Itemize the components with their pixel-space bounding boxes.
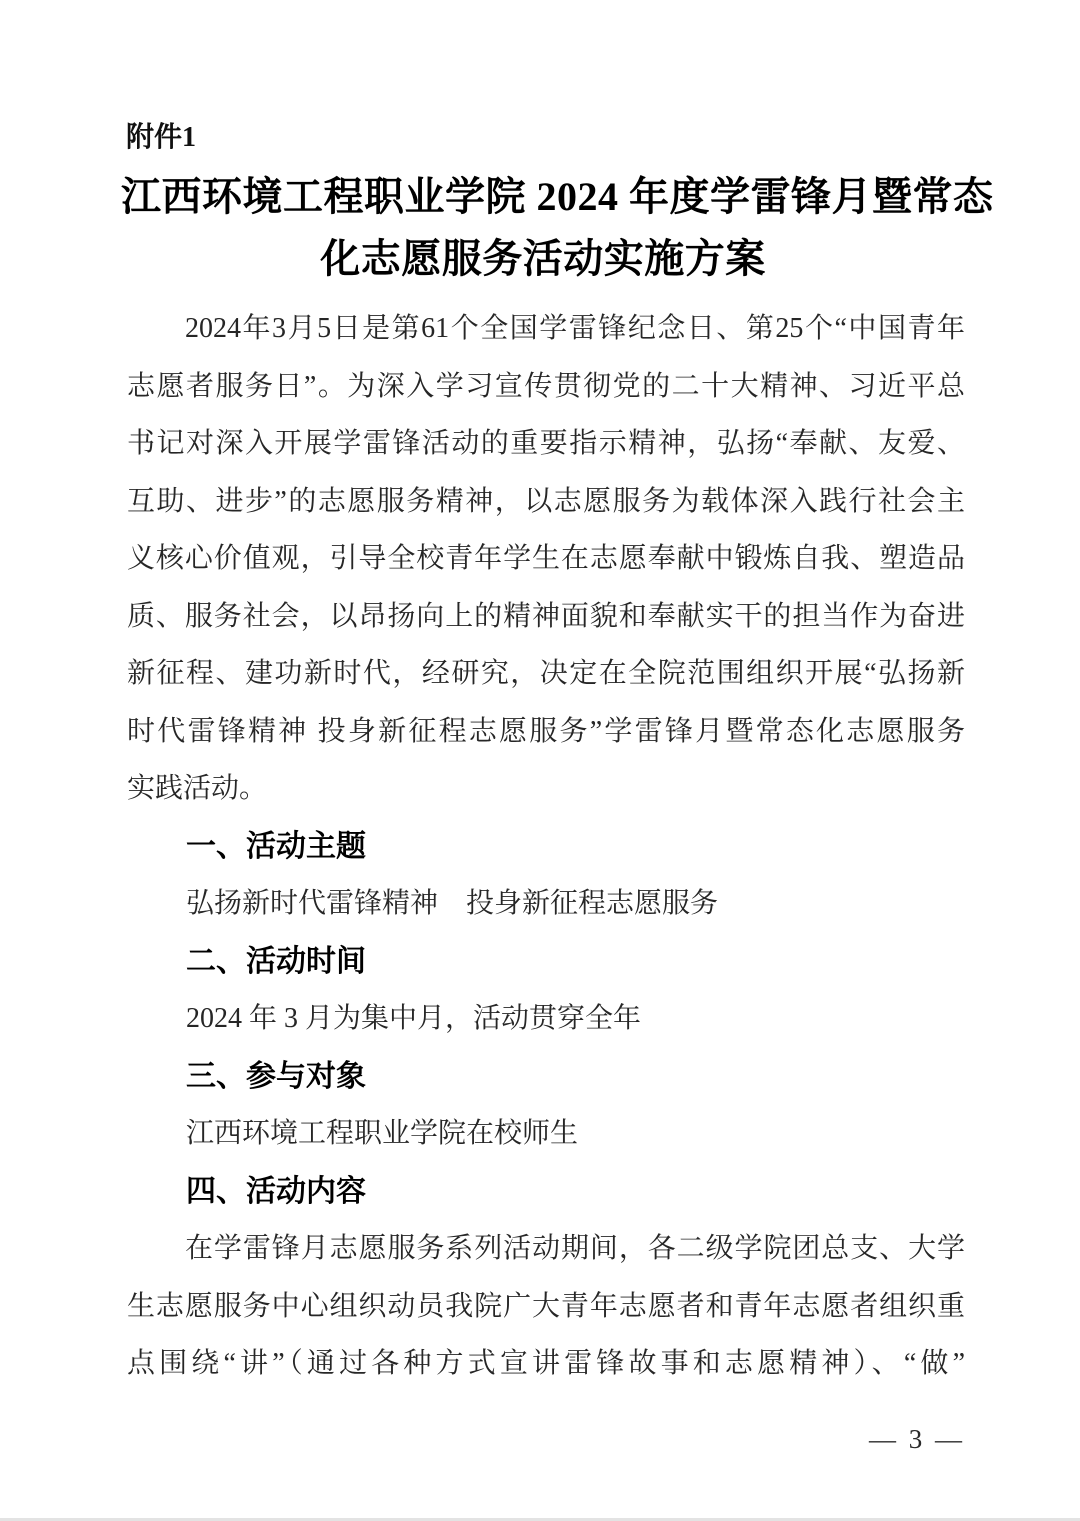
document-title: 江西环境工程职业学院 2024 年度学雷锋月暨常态 化志愿服务活动实施方案: [121, 166, 965, 290]
intro-line: 新征程、建功新时代，经研究，决定在全院范围组织开展“弘扬新: [127, 645, 965, 703]
content-paragraph-line: 生志愿服务中心组织动员我院广大青年志愿者和青年志愿者组织重: [127, 1278, 965, 1336]
intro-line: 实践活动。: [127, 760, 965, 818]
intro-line: 互助、进步”的志愿服务精神，以志愿服务为载体深入践行社会主: [127, 473, 965, 531]
title-line-1: 江西环境工程职业学院 2024 年度学雷锋月暨常态: [121, 166, 965, 228]
document-page: 附件1 江西环境工程职业学院 2024 年度学雷锋月暨常态 化志愿服务活动实施方…: [0, 0, 1080, 1521]
intro-line: 书记对深入开展学雷锋活动的重要指示精神，弘扬“奉献、友爱、: [127, 415, 965, 473]
document-body: 2024年3月5日是第61个全国学雷锋纪念日、第25个“中国青年 志愿者服务日”…: [127, 300, 965, 1393]
intro-line: 志愿者服务日”。为深入学习宣传贯彻党的二十大精神、习近平总: [127, 358, 965, 416]
intro-line: 质、服务社会，以昂扬向上的精神面貌和奉献实干的担当作为奋进: [127, 588, 965, 646]
content-paragraph-line: 点围绕“讲”（通过各种方式宣讲雷锋故事和志愿精神）、“做”: [127, 1335, 965, 1393]
section-heading-activity-content: 四、活动内容: [127, 1163, 965, 1221]
section-body-activity-time: 2024 年 3 月为集中月，活动贯穿全年: [127, 990, 965, 1048]
section-body-activity-theme: 弘扬新时代雷锋精神 投身新征程志愿服务: [127, 875, 965, 933]
intro-line: 时代雷锋精神 投身新征程志愿服务”学雷锋月暨常态化志愿服务: [127, 703, 965, 761]
title-line-2: 化志愿服务活动实施方案: [121, 228, 965, 290]
attachment-label: 附件1: [126, 122, 196, 154]
intro-line: 2024年3月5日是第61个全国学雷锋纪念日、第25个“中国青年: [127, 300, 965, 358]
section-heading-activity-time: 二、活动时间: [127, 933, 965, 991]
section-body-participants: 江西环境工程职业学院在校师生: [127, 1105, 965, 1163]
section-heading-participants: 三、参与对象: [127, 1048, 965, 1106]
page-number: — 3 —: [127, 1424, 965, 1455]
content-paragraph-line: 在学雷锋月志愿服务系列活动期间，各二级学院团总支、大学: [127, 1220, 965, 1278]
intro-line: 义核心价值观，引导全校青年学生在志愿奉献中锻炼自我、塑造品: [127, 530, 965, 588]
section-heading-activity-theme: 一、活动主题: [127, 818, 965, 876]
